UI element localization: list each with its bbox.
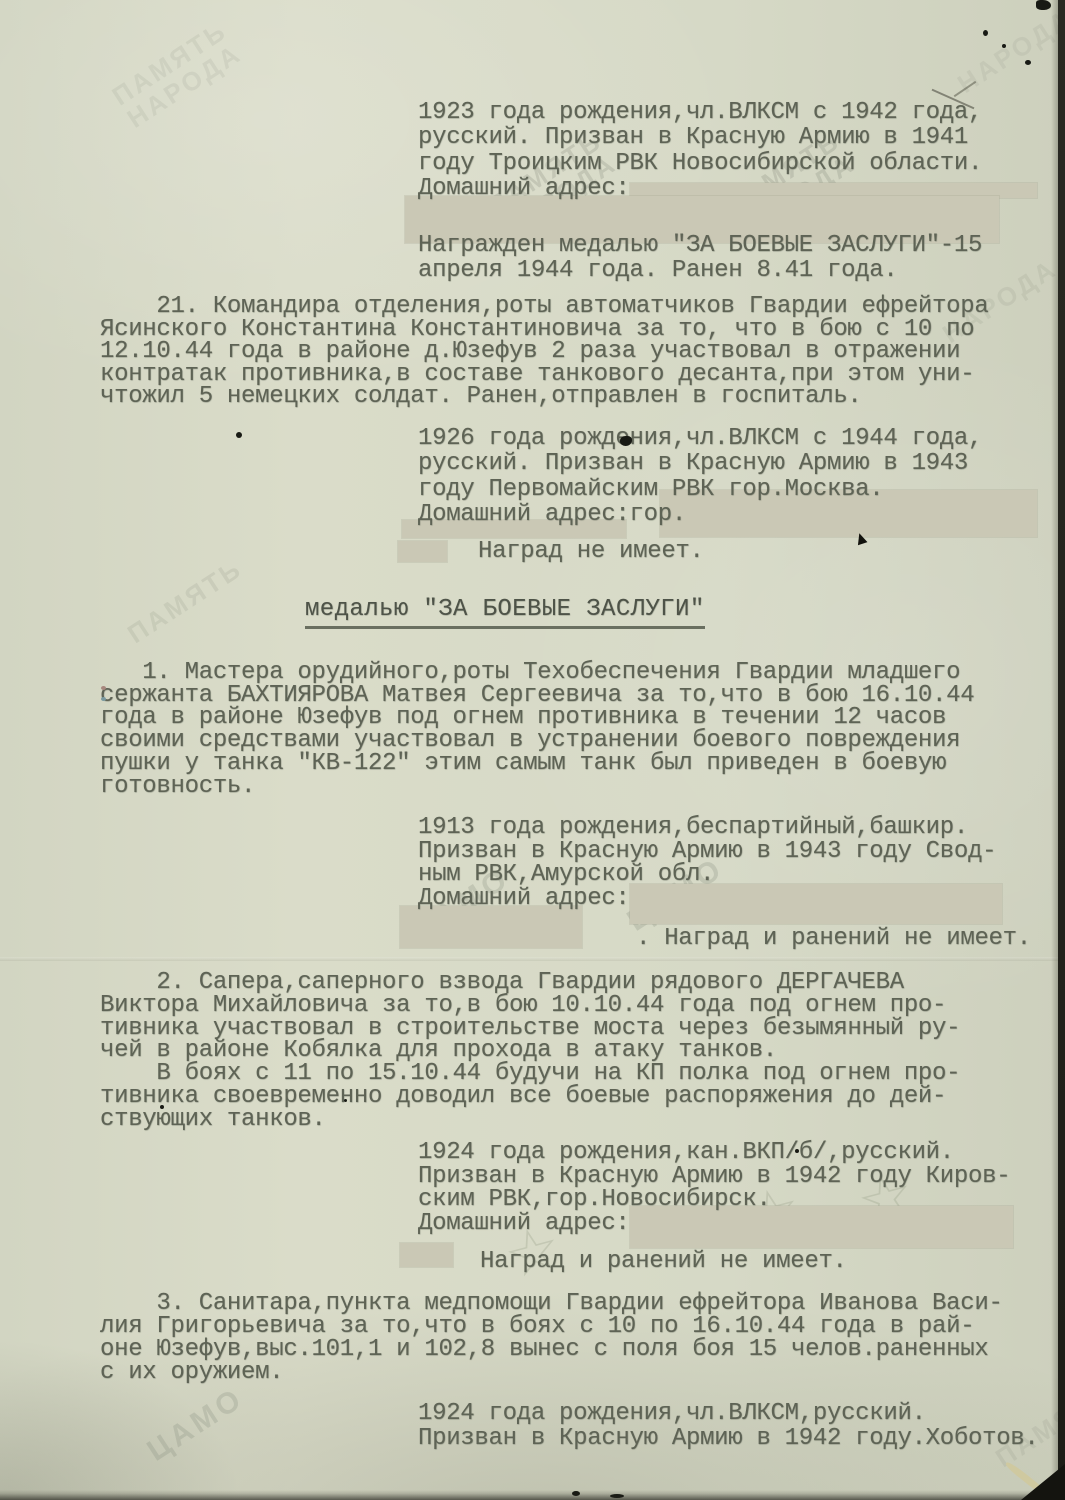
paper-crease	[0, 957, 1065, 961]
citation-item-21: 21. Командира отделения,роты автоматчико…	[100, 296, 988, 409]
scan-edge-shadow	[1051, 0, 1058, 1500]
recipient-2-awards-line: Наград и ранений не имеет.	[480, 1248, 847, 1275]
section-heading-text: медалью "ЗА БОЕВЫЕ ЗАСЛУГИ"	[305, 596, 705, 629]
color-speck	[101, 686, 106, 690]
recipient-20-info-block: 1923 года рождения,чл.ВЛКСМ с 1942 года,…	[418, 100, 982, 202]
recipient-20-award-block: Награжден медалью "ЗА БОЕВЫЕ ЗАСЛУГИ"-15…	[418, 233, 982, 284]
ink-speck	[344, 1099, 347, 1102]
color-speck	[101, 697, 106, 701]
recipient-1-info-block: 1913 года рождения,беспартийный,башкир. …	[418, 816, 996, 910]
recipient-1-awards-line: . Наград и ранений не имеет.	[636, 925, 1031, 952]
citation-item-1: 1. Мастера орудийного,роты Техобеспечени…	[100, 662, 974, 798]
page-tear-bottom-right	[1021, 1464, 1065, 1500]
ink-speck	[983, 30, 988, 36]
recipient-21-info-block: 1926 года рождения,чл.ВЛКСМ с 1944 года,…	[418, 426, 982, 528]
citation-item-2: 2. Сапера,саперного взвода Гвардии рядов…	[100, 972, 960, 1132]
recipient-3-info-block: 1924 года рождения,чл.ВЛКСМ,русский. При…	[418, 1401, 1039, 1451]
citation-item-3: 3. Санитара,пункта медпомощи Гвардии ефр…	[100, 1292, 1003, 1384]
ink-speck	[1025, 60, 1031, 65]
ink-speck	[1036, 0, 1051, 10]
scan-edge-right	[1058, 0, 1065, 1500]
redaction-box	[398, 541, 447, 562]
scan-edge-bottom	[0, 1490, 1065, 1500]
section-heading-medal: медалью "ЗА БОЕВЫЕ ЗАСЛУГИ"	[305, 596, 705, 629]
redaction-box	[400, 906, 582, 948]
redaction-box	[400, 1243, 453, 1267]
recipient-2-info-block: 1924 года рождения,кан.ВКП/б/,русский. П…	[418, 1141, 1010, 1235]
ink-speck	[1002, 44, 1006, 48]
ink-speck	[236, 432, 242, 438]
ink-speck	[795, 1149, 799, 1153]
recipient-21-awards-line: Наград не имеет.	[478, 538, 704, 565]
ink-speck	[160, 1105, 164, 1109]
